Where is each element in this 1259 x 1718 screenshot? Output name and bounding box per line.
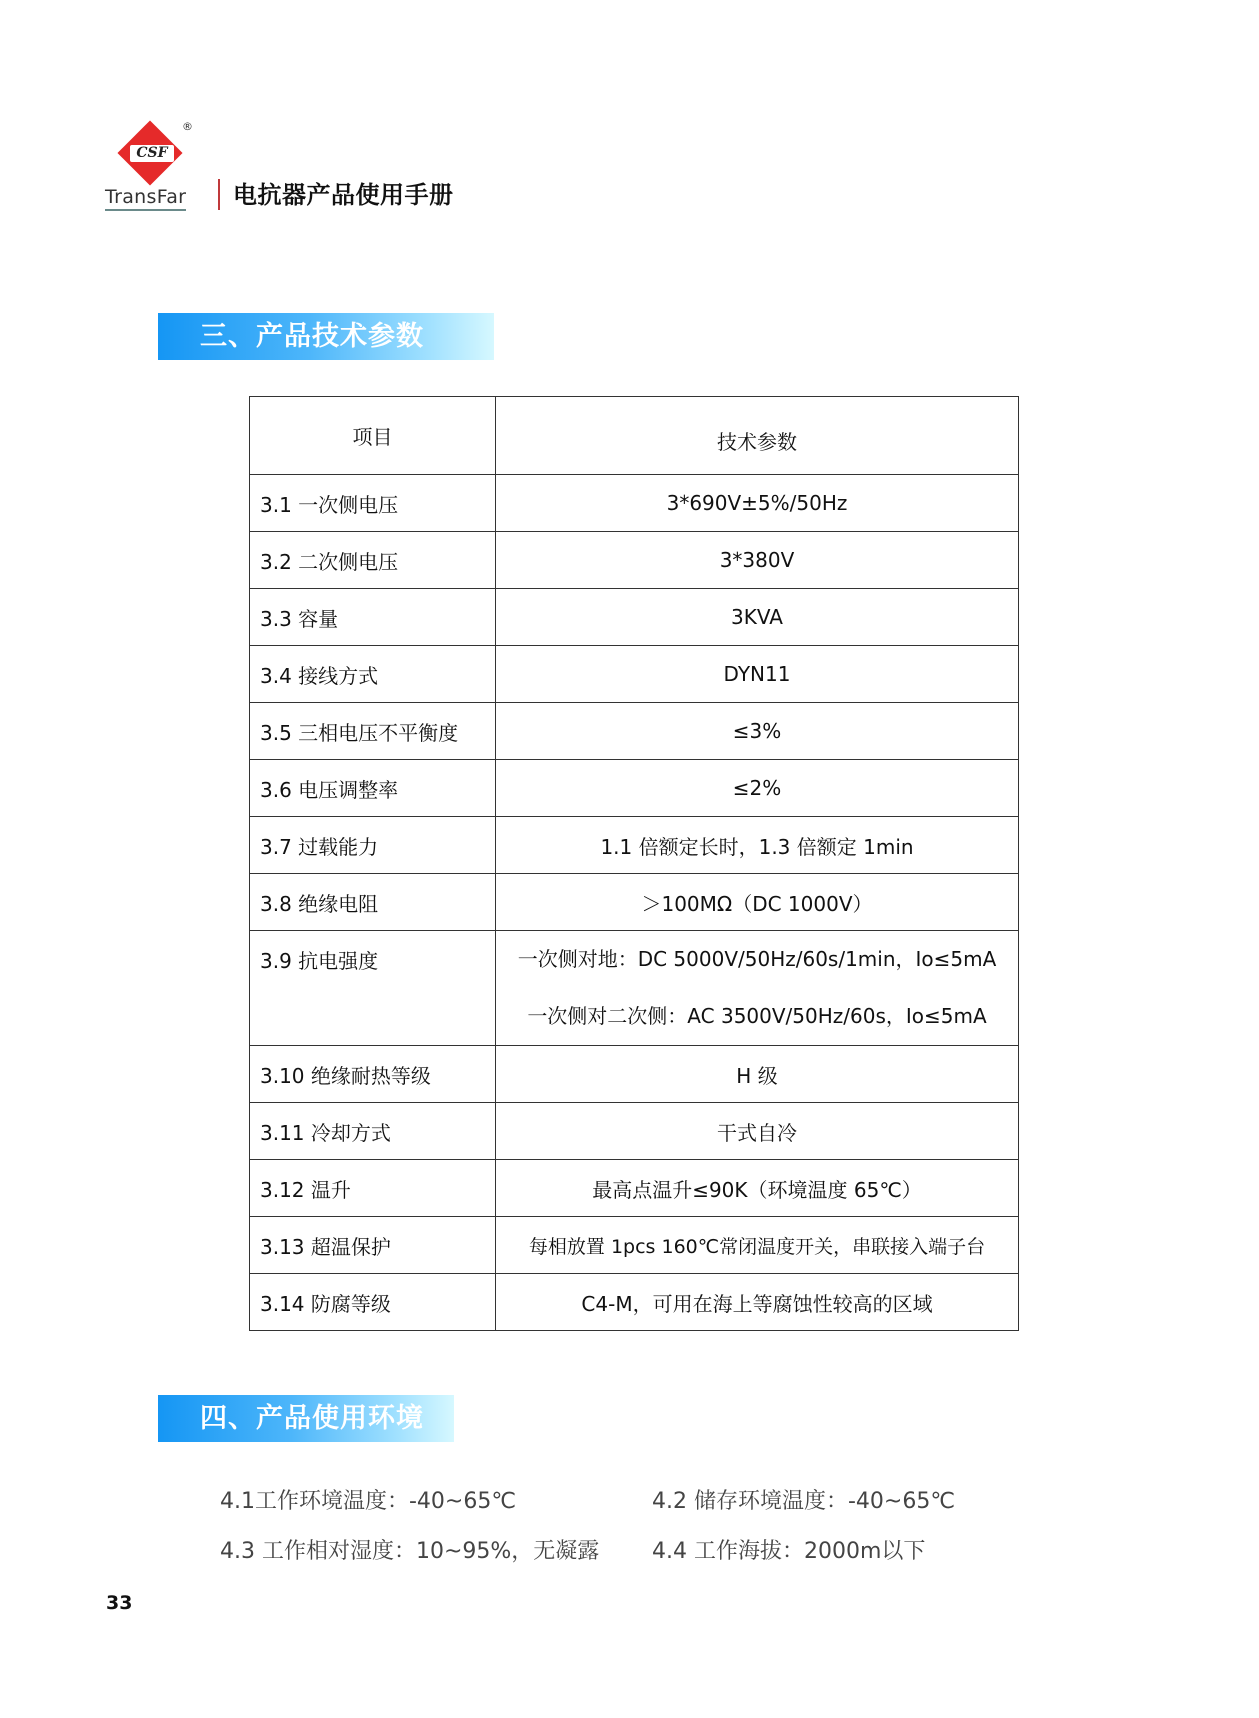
row-value: 3*380V xyxy=(496,532,1019,589)
env-item-storage-temperature: 4.2 储存环境温度：-40~65℃ xyxy=(652,1488,955,1516)
row-value: ＞100MΩ（DC 1000V） xyxy=(496,874,1019,931)
table-row: 3.4 接线方式 DYN11 xyxy=(250,646,1019,703)
table-row: 3.9 抗电强度 一次侧对地：DC 5000V/50Hz/60s/1min，Io… xyxy=(250,931,1019,1046)
table-row: 3.14 防腐等级 C4-M，可用在海上等腐蚀性较高的区域 xyxy=(250,1274,1019,1331)
table-header-row: 项目 技术参数 xyxy=(250,397,1019,475)
header-divider xyxy=(218,179,220,210)
row-value: 3*690V±5%/50Hz xyxy=(496,475,1019,532)
page-number: 33 xyxy=(106,1592,132,1614)
row-value: 最高点温升≤90K（环境温度 65℃） xyxy=(496,1160,1019,1217)
table-row: 3.3 容量 3KVA xyxy=(250,589,1019,646)
row-value: DYN11 xyxy=(496,646,1019,703)
row-value: 每相放置 1pcs 160℃常闭温度开关，串联接入端子台 xyxy=(496,1217,1019,1274)
row-item: 3.9 抗电强度 xyxy=(250,931,496,1046)
row-value-line: 一次侧对二次侧：AC 3500V/50Hz/60s，Io≤5mA xyxy=(496,988,1018,1045)
row-value: 1.1 倍额定长时，1.3 倍额定 1min xyxy=(496,817,1019,874)
row-value: H 级 xyxy=(496,1046,1019,1103)
row-value: 3KVA xyxy=(496,589,1019,646)
column-header-parameters: 技术参数 xyxy=(496,397,1019,475)
table-row: 3.10 绝缘耐热等级 H 级 xyxy=(250,1046,1019,1103)
logo-brand-name: TransFar xyxy=(105,186,186,211)
document-title: 电抗器产品使用手册 xyxy=(233,180,454,210)
row-item: 3.4 接线方式 xyxy=(250,646,496,703)
column-header-item: 项目 xyxy=(250,397,496,475)
env-item-relative-humidity: 4.3 工作相对湿度：10~95%，无凝露 xyxy=(220,1538,599,1566)
table-row: 3.13 超温保护 每相放置 1pcs 160℃常闭温度开关，串联接入端子台 xyxy=(250,1217,1019,1274)
env-item-operating-temperature: 4.1工作环境温度：-40~65℃ xyxy=(220,1488,516,1516)
row-item: 3.13 超温保护 xyxy=(250,1217,496,1274)
row-item: 3.5 三相电压不平衡度 xyxy=(250,703,496,760)
registered-trademark-icon: ® xyxy=(182,120,193,133)
row-item: 3.10 绝缘耐热等级 xyxy=(250,1046,496,1103)
row-item: 3.7 过载能力 xyxy=(250,817,496,874)
section-3-heading: 三、产品技术参数 xyxy=(200,320,424,354)
row-item: 3.1 一次侧电压 xyxy=(250,475,496,532)
row-item: 3.2 二次侧电压 xyxy=(250,532,496,589)
table-row: 3.7 过载能力 1.1 倍额定长时，1.3 倍额定 1min xyxy=(250,817,1019,874)
row-item: 3.12 温升 xyxy=(250,1160,496,1217)
table-row: 3.2 二次侧电压 3*380V xyxy=(250,532,1019,589)
row-value-multiline: 一次侧对地：DC 5000V/50Hz/60s/1min，Io≤5mA 一次侧对… xyxy=(496,931,1019,1046)
row-item: 3.14 防腐等级 xyxy=(250,1274,496,1331)
section-4-heading: 四、产品使用环境 xyxy=(200,1402,424,1436)
row-item: 3.11 冷却方式 xyxy=(250,1103,496,1160)
section-3-banner: 三、产品技术参数 xyxy=(158,313,494,360)
transfar-logo: CSF ® TransFar xyxy=(100,118,210,218)
table-row: 3.1 一次侧电压 3*690V±5%/50Hz xyxy=(250,475,1019,532)
row-item: 3.6 电压调整率 xyxy=(250,760,496,817)
env-item-altitude: 4.4 工作海拔：2000m以下 xyxy=(652,1538,925,1566)
row-item: 3.3 容量 xyxy=(250,589,496,646)
row-value: C4-M，可用在海上等腐蚀性较高的区域 xyxy=(496,1274,1019,1331)
logo-mark: CSF xyxy=(130,144,174,162)
row-value: ≤3% xyxy=(496,703,1019,760)
row-value: ≤2% xyxy=(496,760,1019,817)
row-item: 3.8 绝缘电阻 xyxy=(250,874,496,931)
technical-parameters-table: 项目 技术参数 3.1 一次侧电压 3*690V±5%/50Hz 3.2 二次侧… xyxy=(249,396,1019,1331)
table-row: 3.8 绝缘电阻 ＞100MΩ（DC 1000V） xyxy=(250,874,1019,931)
table-row: 3.6 电压调整率 ≤2% xyxy=(250,760,1019,817)
table-row: 3.11 冷却方式 干式自冷 xyxy=(250,1103,1019,1160)
section-4-banner: 四、产品使用环境 xyxy=(158,1395,454,1442)
row-value: 干式自冷 xyxy=(496,1103,1019,1160)
table-row: 3.12 温升 最高点温升≤90K（环境温度 65℃） xyxy=(250,1160,1019,1217)
table-row: 3.5 三相电压不平衡度 ≤3% xyxy=(250,703,1019,760)
row-value-line: 一次侧对地：DC 5000V/50Hz/60s/1min，Io≤5mA xyxy=(496,931,1018,988)
